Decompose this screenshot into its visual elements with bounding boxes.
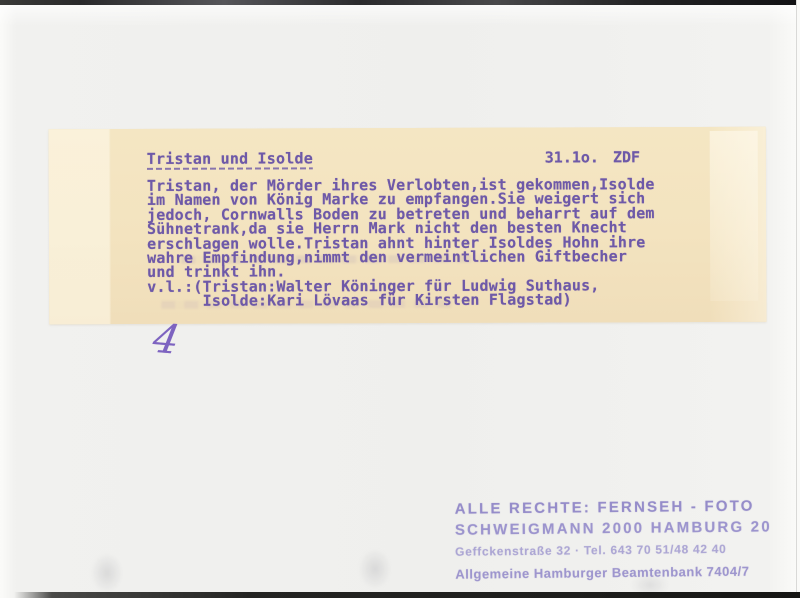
photo-top-edge	[0, 0, 800, 5]
broadcast-date: 31.1o.	[545, 148, 599, 166]
stamp-bank-line: Allgemeine Hamburger Beamtenbank 7404/7	[455, 563, 785, 581]
stamp-address-line: Geffckenstraße 32 · Tel. 643 70 51/48 42…	[455, 541, 785, 558]
caption-label: Tristan und Isolde 31.1o.ZDF Tristan, de…	[49, 127, 767, 325]
caption-title: Tristan und Isolde	[147, 151, 313, 167]
caption-line: Isolde:Kari Lövaas für Kirsten Flagstad)	[147, 292, 707, 308]
caption-title-row: Tristan und Isolde 31.1o.ZDF	[147, 147, 707, 167]
broadcast-date-row: 31.1o.ZDF	[545, 148, 640, 166]
label-light-patch	[710, 131, 759, 301]
caption-text-block: Tristan und Isolde 31.1o.ZDF Tristan, de…	[147, 147, 708, 309]
photo-back: Tristan und Isolde 31.1o.ZDF Tristan, de…	[0, 0, 800, 598]
paper-smudge	[358, 548, 392, 590]
handwritten-archive-number: 4	[149, 316, 183, 364]
stamp-rights-line: ALLE RECHTE: FERNSEH - FOTO	[455, 497, 785, 517]
photo-right-edge	[796, 0, 800, 598]
photo-bottom-edge	[14, 592, 800, 598]
title-underline	[147, 167, 313, 170]
caption-body: Tristan, der Mörder ihres Verlobten,ist …	[147, 177, 707, 309]
rights-stamp: ALLE RECHTE: FERNSEH - FOTO SCHWEIGMANN …	[455, 497, 786, 581]
network-name: ZDF	[613, 148, 640, 166]
paper-smudge	[90, 552, 124, 594]
stamp-name-line: SCHWEIGMANN 2000 HAMBURG 20	[455, 518, 785, 538]
